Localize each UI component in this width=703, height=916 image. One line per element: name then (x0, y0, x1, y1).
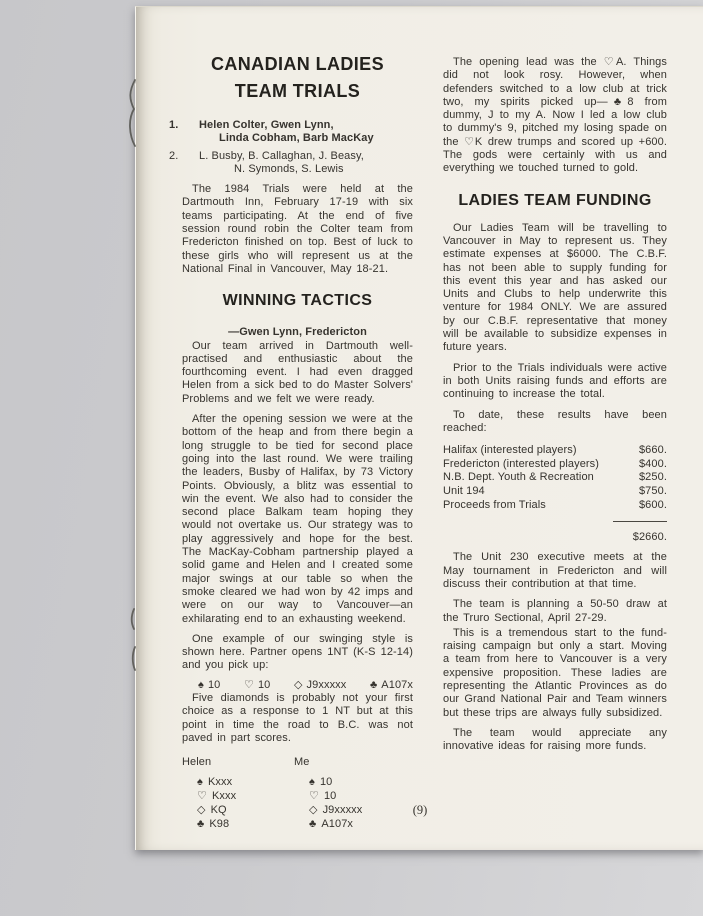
ranking-names-line1: L. Busby, B. Callaghan, J. Beasy, (199, 150, 364, 162)
diamond-icon: ◇ (294, 679, 303, 692)
right-column: The opening lead was the ♡A. Things did … (443, 56, 667, 754)
table-row: Proceeds from Trials $600. (443, 499, 667, 513)
club-cards: A107x (321, 818, 353, 832)
paragraph: One example of our swinging style is sho… (182, 633, 413, 673)
club-icon: ♣ (197, 818, 204, 832)
funding-label: Proceeds from Trials (443, 499, 546, 513)
total-rule (613, 521, 667, 522)
funding-amount: $660. (639, 444, 667, 458)
club-cards: A107x (381, 679, 413, 692)
ranking-number: 1. (169, 119, 199, 146)
paragraph-trials-intro: The 1984 Trials were held at the Dartmou… (182, 183, 413, 276)
trials-ranking-list: 1. Helen Colter, Gwen Lynn, Linda Cobham… (169, 119, 413, 176)
article-title: CANADIAN LADIES TEAM TRIALS (182, 51, 413, 105)
spade-holding: ♠ 10 (198, 679, 220, 692)
paragraph: The opening lead was the ♡A. Things did … (443, 56, 667, 176)
ranking-names-line2: N. Symonds, S. Lewis (199, 163, 344, 176)
ladies-team-funding-heading: LADIES TEAM FUNDING (443, 191, 667, 210)
heart-cards: Kxxx (212, 790, 236, 804)
table-row: Fredericton (interested players) $400. (443, 458, 667, 472)
ranking-names: Helen Colter, Gwen Lynn, Linda Cobham, B… (199, 119, 374, 146)
spade-cards: 10 (208, 679, 220, 692)
spade-cards: 10 (320, 776, 332, 790)
funding-amount: $250. (639, 471, 667, 485)
magazine-page: CANADIAN LADIES TEAM TRIALS 1. Helen Col… (135, 6, 703, 850)
table-row: Unit 194 $750. (443, 485, 667, 499)
paragraph: The Unit 230 executive meets at the May … (443, 551, 667, 591)
article-title-line2: TEAM TRIALS (235, 81, 360, 101)
funding-amount: $750. (639, 485, 667, 499)
funding-amount: $400. (639, 458, 667, 472)
paragraph: To date, these results have been reached… (443, 409, 667, 436)
paragraph: The team is planning a 50-50 draw at the… (443, 598, 667, 625)
heart-icon: ♡ (309, 790, 319, 804)
staple-bottom (129, 607, 139, 673)
paragraph: After the opening session we were at the… (182, 413, 413, 626)
funding-label: Fredericton (interested players) (443, 458, 599, 472)
spade-cards: Kxxx (208, 776, 232, 790)
funding-amount: $600. (639, 499, 667, 513)
winning-tactics-heading: WINNING TACTICS (182, 291, 413, 310)
club-icon: ♣ (370, 679, 377, 692)
paragraph: Five diamonds is probably not your first… (182, 692, 413, 745)
funding-label: Halifax (interested players) (443, 444, 577, 458)
ranking-number: 2. (169, 150, 199, 177)
helen-label: Helen (182, 756, 294, 769)
opening-hand-row: ♠ 10 ♡ 10 ◇ J9xxxxx ♣ A107x (198, 679, 413, 692)
staple-top (127, 77, 139, 149)
spade-icon: ♠ (197, 776, 203, 790)
heart-icon: ♡ (244, 679, 254, 692)
heart-holding: ♡ 10 (244, 679, 270, 692)
hand-diagram: Helen Me ♠ Kxxx ♡ Kxxx ◇ KQ (182, 756, 413, 832)
paragraph: Our Ladies Team will be travelling to Va… (443, 222, 667, 355)
left-column: CANADIAN LADIES TEAM TRIALS 1. Helen Col… (182, 51, 413, 832)
funding-label: Unit 194 (443, 485, 485, 499)
byline: —Gwen Lynn, Fredericton (182, 326, 413, 339)
me-label: Me (294, 756, 406, 769)
heart-icon: ♡ (197, 790, 207, 804)
funding-results-table: Halifax (interested players) $660. Frede… (443, 444, 667, 544)
ranking-item-second: 2. L. Busby, B. Callaghan, J. Beasy, N. … (169, 150, 413, 177)
club-holding: ♣ A107x (370, 679, 413, 692)
funding-label: N.B. Dept. Youth & Recreation (443, 471, 594, 485)
page-number: (9) (136, 803, 703, 818)
hand-row: ♡ 10 (309, 790, 406, 804)
ranking-item-first: 1. Helen Colter, Gwen Lynn, Linda Cobham… (169, 119, 413, 146)
spade-icon: ♠ (309, 776, 315, 790)
hand-row: ♠ 10 (309, 776, 406, 790)
article-title-line1: CANADIAN LADIES (211, 54, 384, 74)
hand-row: ♠ Kxxx (197, 776, 294, 790)
table-row: N.B. Dept. Youth & Recreation $250. (443, 471, 667, 485)
paragraph: Prior to the Trials individuals were act… (443, 362, 667, 402)
spade-icon: ♠ (198, 679, 204, 692)
diamond-holding: ◇ J9xxxxx (294, 679, 346, 692)
paragraph: The team would appreciate any innovative… (443, 727, 667, 754)
paragraph: Our team arrived in Dartmouth well-pract… (182, 340, 413, 406)
hand-row: ♣ K98 (197, 818, 294, 832)
club-icon: ♣ (309, 818, 316, 832)
hand-row: ♣ A107x (309, 818, 406, 832)
diamond-cards: J9xxxxx (307, 679, 347, 692)
hand-row: ♡ Kxxx (197, 790, 294, 804)
ranking-names-line1: Helen Colter, Gwen Lynn, (199, 119, 334, 131)
funding-total: $2660. (443, 531, 667, 544)
club-cards: K98 (209, 818, 229, 832)
heart-cards: 10 (258, 679, 270, 692)
table-row: Halifax (interested players) $660. (443, 444, 667, 458)
paragraph: This is a tremendous start to the fund-r… (443, 627, 667, 720)
heart-cards: 10 (324, 790, 336, 804)
hand-diagram-labels: Helen Me (182, 756, 413, 769)
ranking-names: L. Busby, B. Callaghan, J. Beasy, N. Sym… (199, 150, 364, 177)
ranking-names-line2: Linda Cobham, Barb MacKay (199, 132, 374, 145)
